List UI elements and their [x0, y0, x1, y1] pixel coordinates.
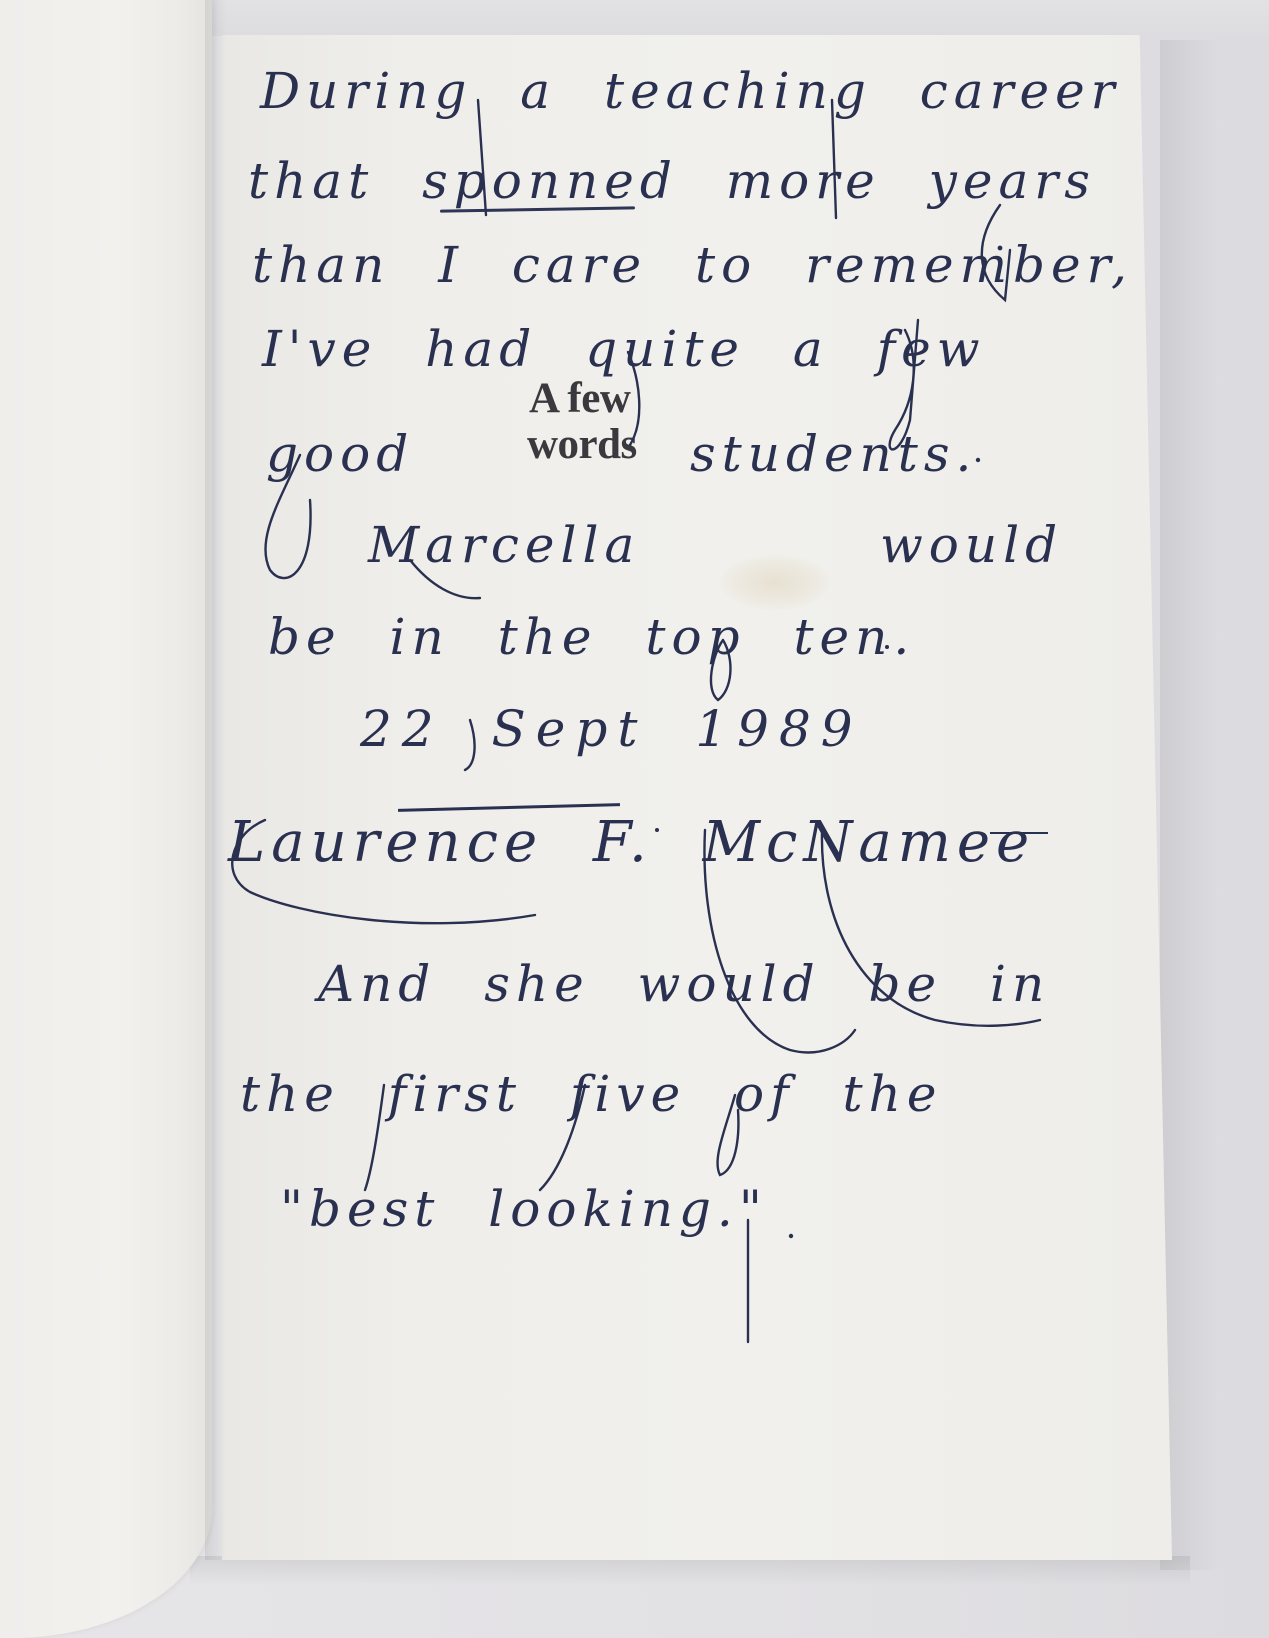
book-photo-scene: A few words During a teaching career tha… — [0, 0, 1269, 1638]
inscription-signature: Laurence F. McNamee — [228, 810, 1035, 875]
inscription-line: good — [266, 425, 414, 483]
printed-book-title: A few words — [527, 376, 687, 468]
inscription-line: the first five of the — [240, 1065, 942, 1123]
inscription-date: 22 Sept 1989 — [360, 700, 863, 758]
paper-stain — [720, 555, 830, 610]
signature-flourish — [990, 832, 1048, 834]
printed-title-line-2: words — [527, 422, 687, 468]
printed-title-line-1: A few — [527, 376, 687, 422]
inscription-line: than I care to remember, — [252, 236, 1133, 294]
page-bottom-shadow — [190, 1556, 1190, 1586]
inscription-line: would — [880, 516, 1063, 574]
background-surface — [212, 0, 1269, 36]
inscription-line: be in the top ten. — [268, 608, 915, 666]
inscription-line: students. — [690, 425, 977, 483]
page-edge-shadow — [1160, 40, 1220, 1570]
inscription-line: And she would be in — [318, 955, 1050, 1013]
gutter-shadow — [205, 0, 227, 1560]
inscription-line: "best looking." — [280, 1180, 768, 1238]
inscription-line: Marcella — [368, 516, 640, 574]
inscription-line: During a teaching career — [260, 62, 1121, 120]
inscription-line: that sponned more years — [248, 152, 1096, 210]
inscription-line: I've had quite a few — [262, 320, 986, 378]
left-flyleaf-page — [0, 0, 212, 1638]
